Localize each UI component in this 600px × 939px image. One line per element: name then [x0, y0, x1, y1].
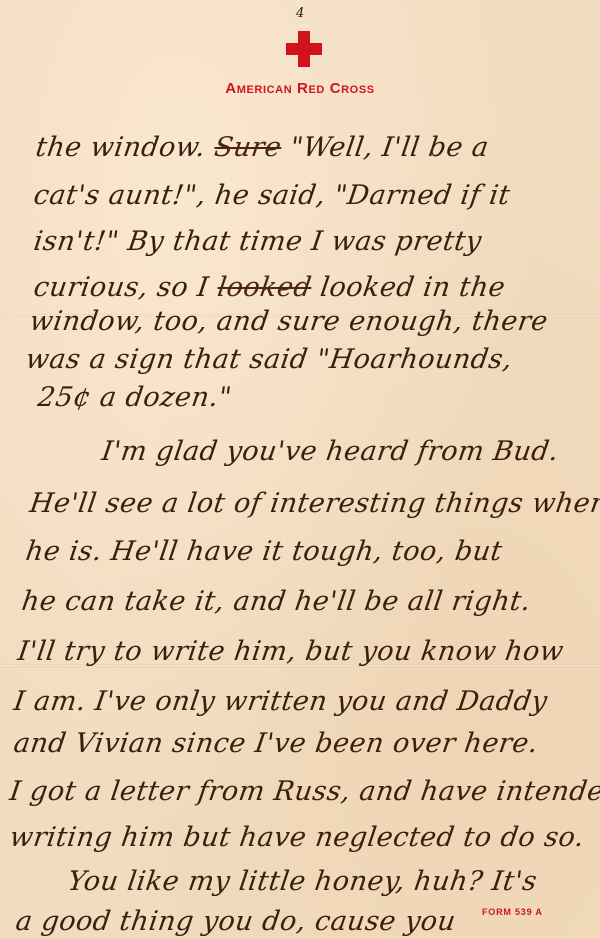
struck-word: Sure — [212, 132, 283, 163]
letter-line: he is. He'll have it tough, too, but — [24, 536, 505, 567]
handwritten-letter-body: the window. Sure "Well, I'll be a cat's … — [0, 0, 600, 939]
letter-line: the window. Sure "Well, I'll be a — [34, 132, 491, 163]
letter-line: isn't!" By that time I was pretty — [32, 226, 484, 257]
letter-line: he can take it, and he'll be all right. — [20, 586, 533, 617]
letter-line: writing him but have neglected to do so. — [8, 822, 586, 853]
letter-line: was a sign that said "Hoarhounds, — [24, 344, 515, 375]
letter-line: curious, so I looked looked in the — [32, 272, 508, 303]
letter-line: I got a letter from Russ, and have inten… — [8, 776, 600, 807]
form-number: FORM 539 A — [482, 907, 543, 917]
letter-line: and Vivian since I've been over here. — [12, 728, 540, 759]
letter-line: I am. I've only written you and Daddy — [12, 686, 550, 717]
letter-page: 4 American Red Cross the window. Sure "W… — [0, 0, 600, 939]
letter-line: He'll see a lot of interesting things wh… — [28, 488, 600, 519]
letter-line: a good thing you do, cause you — [14, 906, 458, 937]
letter-line: window, too, and sure enough, there — [28, 306, 550, 337]
letter-line: I'll try to write him, but you know how — [16, 636, 566, 667]
letter-line: I'm glad you've heard from Bud. — [100, 436, 561, 467]
struck-word: looked — [215, 272, 313, 303]
letter-line: 25¢ a dozen." — [36, 382, 234, 413]
letter-line: cat's aunt!", he said, "Darned if it — [32, 180, 512, 211]
letter-line: You like my little honey, huh? It's — [66, 866, 539, 897]
